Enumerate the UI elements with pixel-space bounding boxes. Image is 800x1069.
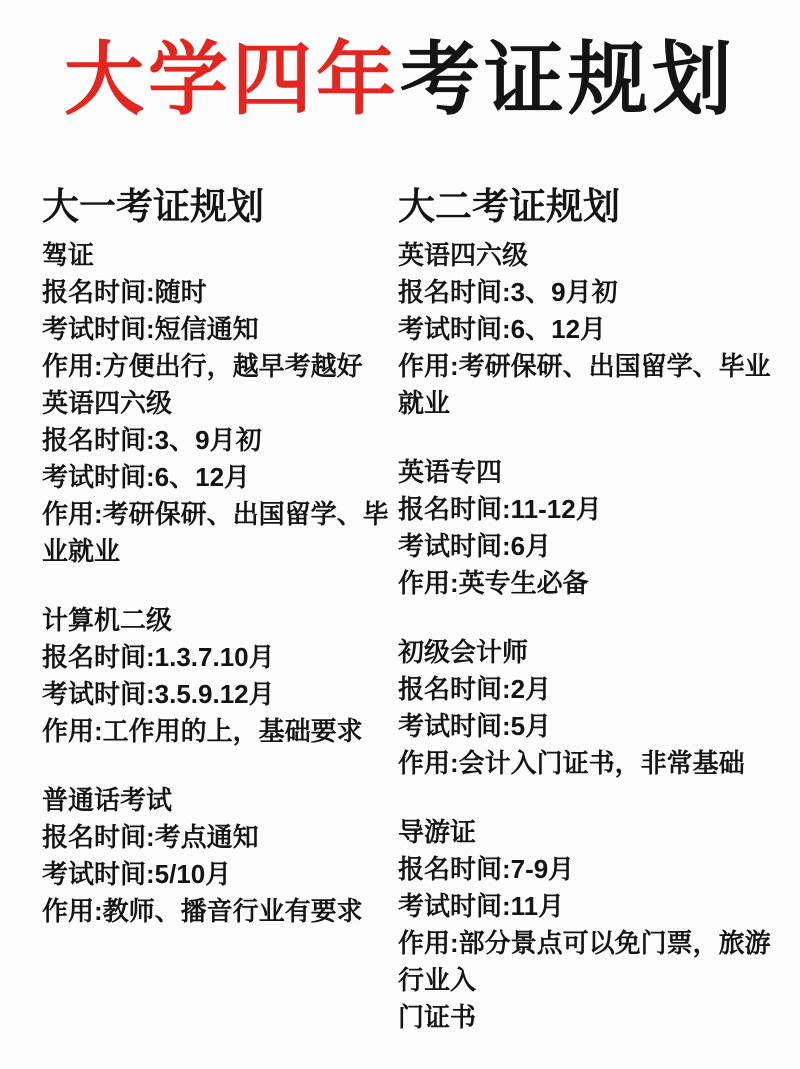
cert-detail-line: 报名时间:7-9月 (398, 851, 794, 888)
page-title-black-segment: 考证规划 (400, 35, 736, 124)
cert-detail-line: 作用:会计入门证书，非常基础 (398, 745, 794, 782)
cert-title-highlighted: 初级会计师 (398, 634, 528, 671)
cert-title-highlighted: 证 (68, 237, 94, 274)
cert-title: 普通话考试 (42, 782, 398, 819)
column-year1: 大一考证规划 驾证 报名时间:随时 考试时间:短信通知 作用:方便出行，越早考越… (42, 185, 398, 1036)
cert-detail-line: 考试时间:11月 (398, 888, 794, 925)
cert-title-plain: 驾 (42, 240, 68, 270)
cert-detail-line: 报名时间:考点通知 (42, 819, 398, 856)
cert-detail-line: 考试时间:3.5.9.12月 (42, 676, 398, 713)
cert-title-highlighted: 计算机二级 (42, 602, 172, 639)
cert-section-junior-accountant: 初级会计师 报名时间:2月 考试时间:5月 作用:会计入门证书，非常基础 (398, 634, 794, 782)
content-columns: 大一考证规划 驾证 报名时间:随时 考试时间:短信通知 作用:方便出行，越早考越… (0, 185, 800, 1036)
column-year2: 大二考证规划 英语四六级 报名时间:3、9月初 考试时间:6、12月 作用:考研… (398, 185, 794, 1036)
cert-detail-line: 考试时间:6、12月 (398, 311, 794, 348)
cert-section-driving-license: 驾证 报名时间:随时 考试时间:短信通知 作用:方便出行，越早考越好 (42, 237, 398, 385)
cert-section-tour-guide: 导游证 报名时间:7-9月 考试时间:11月 作用:部分景点可以免门票，旅游 行… (398, 814, 794, 1036)
cert-detail-line: 作用:部分景点可以免门票，旅游 行业入 门证书 (398, 925, 794, 1036)
cert-detail-line: 考试时间:5月 (398, 708, 794, 745)
cert-detail-line: 作用:工作用的上，基础要求 (42, 713, 398, 750)
cert-title-plain: 导 (398, 817, 424, 847)
cert-section-tem4: 英语专四 报名时间:11-12月 考试时间:6月 作用:英专生必备 (398, 454, 794, 602)
cert-title: 驾证 (42, 237, 398, 274)
cert-title-highlighted: 普通话考试 (42, 782, 172, 819)
cert-detail-line: 报名时间:3、9月初 (42, 422, 398, 459)
cert-section-cet46: 英语四六级 报名时间:3、9月初 考试时间:6、12月 作用:考研保研、出国留学… (398, 237, 794, 422)
column-year2-heading-text: 大二考证规划 (398, 185, 620, 229)
cert-title: 导游证 (398, 814, 794, 851)
column-year2-heading: 大二考证规划 (398, 185, 794, 229)
cert-detail-line: 报名时间:1.3.7.10月 (42, 639, 398, 676)
cert-detail-line: 作用:方便出行，越早考越好 (42, 348, 398, 385)
cert-detail-line: 报名时间:随时 (42, 274, 398, 311)
cert-title: 英语四六级 (42, 385, 398, 422)
cert-title-highlighted: 英语四六级 (398, 237, 528, 274)
cert-detail-line: 作用:考研保研、出国留学、毕 业就业 (42, 496, 398, 570)
cert-detail-line: 报名时间:11-12月 (398, 491, 794, 528)
cert-title: 英语四六级 (398, 237, 794, 274)
certification-planning-poster: 大学四年考证规划 大一考证规划 驾证 报名时间:随时 考试时间:短信通知 作用:… (0, 0, 800, 1069)
cert-title-highlighted: 游证 (424, 814, 476, 851)
cert-detail-line: 考试时间:6、12月 (42, 459, 398, 496)
cert-title-plain: 英语四六级 (42, 388, 172, 418)
cert-section-computer-level2: 计算机二级 报名时间:1.3.7.10月 考试时间:3.5.9.12月 作用:工… (42, 602, 398, 750)
page-title-red-segment: 大学四年 (64, 35, 400, 124)
cert-title: 初级会计师 (398, 634, 794, 671)
cert-section-putonghua: 普通话考试 报名时间:考点通知 考试时间:5/10月 作用:教师、播音行业有要求 (42, 782, 398, 930)
cert-detail-line: 报名时间:2月 (398, 671, 794, 708)
page-title: 大学四年考证规划 (0, 0, 800, 130)
cert-title: 计算机二级 (42, 602, 398, 639)
column-year1-heading-text: 大一考证规划 (42, 185, 264, 229)
cert-detail-line: 作用:考研保研、出国留学、毕业 就业 (398, 348, 794, 422)
cert-detail-line: 作用:英专生必备 (398, 565, 794, 602)
column-year1-heading: 大一考证规划 (42, 185, 398, 229)
cert-title-highlighted: 专四 (450, 454, 502, 491)
cert-detail-line: 报名时间:3、9月初 (398, 274, 794, 311)
cert-title-plain: 英语 (398, 457, 450, 487)
cert-detail-line: 考试时间:5/10月 (42, 856, 398, 893)
cert-detail-line: 考试时间:短信通知 (42, 311, 398, 348)
cert-detail-line: 作用:教师、播音行业有要求 (42, 893, 398, 930)
cert-detail-line: 考试时间:6月 (398, 528, 794, 565)
cert-title: 英语专四 (398, 454, 794, 491)
cert-section-cet46: 英语四六级 报名时间:3、9月初 考试时间:6、12月 作用:考研保研、出国留学… (42, 385, 398, 570)
